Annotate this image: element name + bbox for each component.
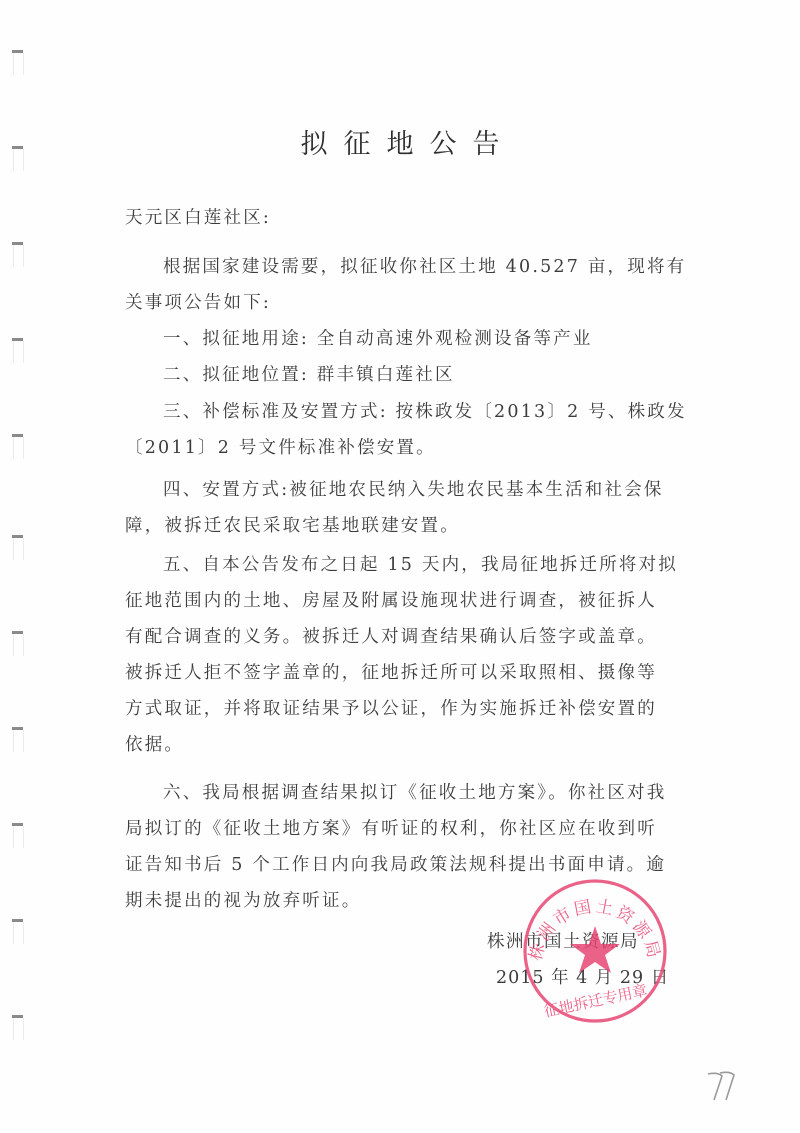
body-line: 六、我局根据调查结果拟订《征收土地方案》。你社区对我 xyxy=(163,779,666,804)
body-line: 证告知书后 5 个工作日内向我局政策法规科提出书面申请。逾 xyxy=(125,851,666,876)
body-line: 关事项公告如下: xyxy=(125,289,271,314)
binder-hole-mark xyxy=(12,434,23,437)
handwritten-page-number-icon xyxy=(704,1070,754,1110)
addressee: 天元区白莲社区: xyxy=(125,204,271,229)
body-line: 二、拟征地位置: 群丰镇白莲社区 xyxy=(163,361,455,386)
binder-hole-mark xyxy=(12,631,23,634)
binder-hole-mark xyxy=(12,50,23,53)
binder-hole-mark xyxy=(12,338,23,341)
body-line: 五、自本公告发布之日起 15 天内，我局征地拆迁所将对拟 xyxy=(163,551,678,576)
binder-hole-mark xyxy=(12,242,23,245)
body-line: 依据。 xyxy=(125,731,184,756)
official-seal-stamp-icon: 株洲市国土资源局 征地拆迁专用章 xyxy=(520,876,670,1026)
body-line: 三、补偿标准及安置方式: 按株政发〔2013〕2 号、株政发 xyxy=(163,398,687,423)
body-line: 局拟订的《征收土地方案》有听证的权利，你社区应在收到听 xyxy=(125,815,657,840)
stamp-bottom-text: 征地拆迁专用章 xyxy=(542,981,648,1020)
binder-hole-mark xyxy=(12,919,23,922)
body-line: 有配合调查的义务。被拆迁人对调查结果确认后签字或盖章。 xyxy=(125,623,657,648)
body-line: 障，被拆迁农民采取宅基地联建安置。 xyxy=(125,512,460,537)
document-title: 拟征地公告 xyxy=(0,122,800,161)
binder-hole-mark xyxy=(12,535,23,538)
body-line: 被拆迁人拒不签字盖章的，征地拆迁所可以采取照相、摄像等 xyxy=(125,659,657,684)
body-line: 一、拟征地用途: 全自动高速外观检测设备等产业 xyxy=(163,325,593,350)
binder-hole-mark xyxy=(12,823,23,826)
body-line: 〔2011〕2 号文件标准补偿安置。 xyxy=(125,434,436,459)
body-line: 四、安置方式:被征地农民纳入失地农民基本生活和社会保 xyxy=(163,476,664,501)
scanned-document-page: 拟征地公告 天元区白莲社区: 根据国家建设需要，拟征收你社区土地 40.527 … xyxy=(0,0,800,1133)
binder-hole-mark xyxy=(12,727,23,730)
body-line: 方式取证，并将取证结果予以公证，作为实施拆迁补偿安置的 xyxy=(125,695,657,720)
binder-hole-mark xyxy=(12,1015,23,1018)
body-line: 征地范围内的土地、房屋及附属设施现状进行调查，被征拆人 xyxy=(125,587,657,612)
body-line: 期未提出的视为放弃听证。 xyxy=(125,887,361,912)
body-line: 根据国家建设需要，拟征收你社区土地 40.527 亩，现将有 xyxy=(163,253,686,278)
